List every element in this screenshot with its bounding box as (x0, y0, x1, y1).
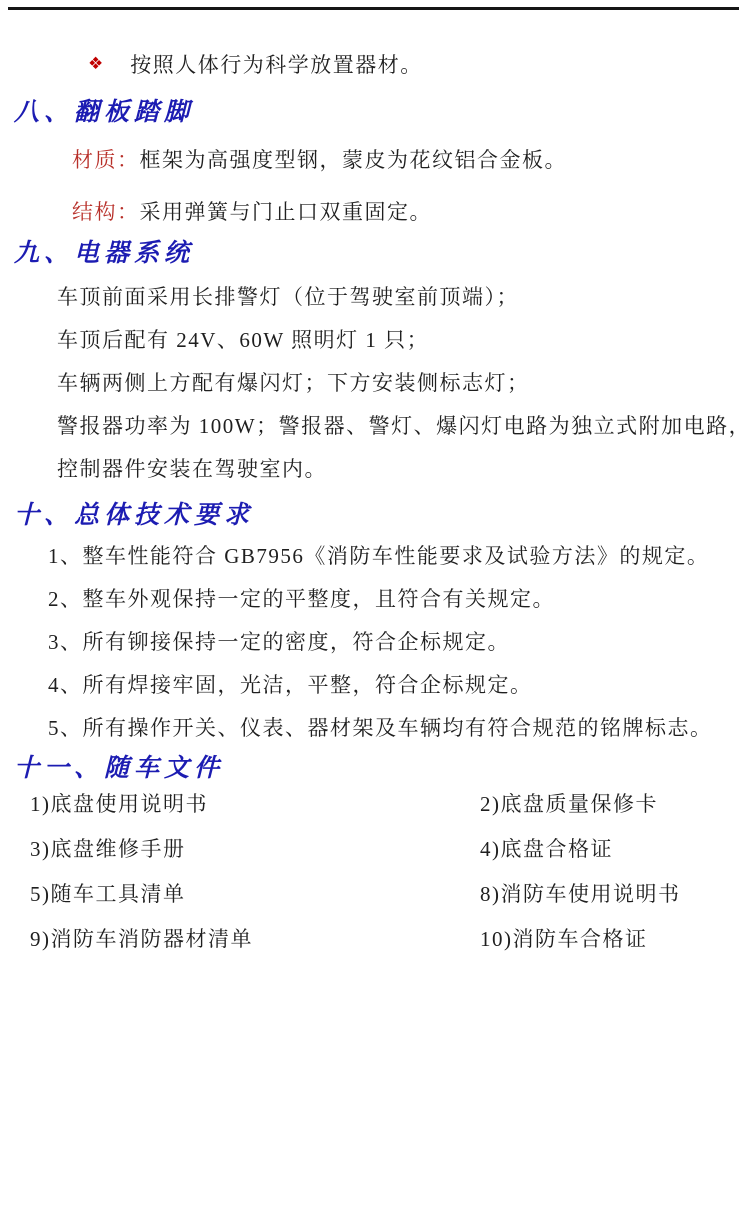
bullet-item-text: 按照人体行为科学放置器材。 (130, 49, 423, 79)
electrical-line: 警报器功率为 100W；警报器、警灯、爆闪灯电路为独立式附加电路， (57, 413, 750, 439)
spec-label-material: 材质： (72, 148, 140, 172)
document-item: 3)底盘维修手册 (30, 836, 186, 862)
page-border-top-rule (8, 7, 739, 10)
section-heading-overall-requirements: 十、总体技术要求 (14, 500, 254, 531)
document-item: 2)底盘质量保修卡 (480, 791, 658, 817)
spec-line-structure: 结构：采用弹簧与门止口双重固定。 (72, 199, 432, 225)
requirement-item: 5、所有操作开关、仪表、器材架及车辆均有符合规范的铭牌标志。 (48, 715, 713, 741)
bullet-item: ❖ 按照人体行为科学放置器材。 (88, 49, 423, 79)
document-item: 10)消防车合格证 (480, 926, 648, 952)
spec-text-material: 框架为高强度型钢，蒙皮为花纹铝合金板。 (140, 148, 568, 172)
document-item: 5)随车工具清单 (30, 881, 186, 907)
diamond-bullet-icon: ❖ (88, 53, 103, 75)
electrical-line: 车顶后配有 24V、60W 照明灯 1 只； (57, 327, 429, 353)
electrical-line: 车顶前面采用长排警灯（位于驾驶室前顶端）； (57, 284, 519, 310)
section-heading-flip-step: 八、翻板踏脚 (14, 97, 194, 128)
spec-label-structure: 结构： (72, 200, 140, 224)
requirement-item: 1、整车性能符合 GB7956《消防车性能要求及试验方法》的规定。 (48, 543, 709, 569)
electrical-line: 车辆两侧上方配有爆闪灯；下方安装侧标志灯； (57, 370, 530, 396)
section-heading-electrical: 九、电器系统 (14, 238, 194, 269)
spec-line-material: 材质：框架为高强度型钢，蒙皮为花纹铝合金板。 (72, 147, 567, 173)
requirement-item: 4、所有焊接牢固，光洁，平整，符合企标规定。 (48, 672, 533, 698)
document-item: 9)消防车消防器材清单 (30, 926, 253, 952)
electrical-line: 控制器件安装在驾驶室内。 (57, 456, 327, 482)
document-item: 4)底盘合格证 (480, 836, 613, 862)
requirement-item: 2、整车外观保持一定的平整度，且符合有关规定。 (48, 586, 555, 612)
requirement-item: 3、所有铆接保持一定的密度，符合企标规定。 (48, 629, 510, 655)
spec-text-structure: 采用弹簧与门止口双重固定。 (140, 200, 433, 224)
document-item: 1)底盘使用说明书 (30, 791, 208, 817)
section-heading-documents: 十一、随车文件 (14, 753, 224, 784)
document-page: ❖ 按照人体行为科学放置器材。 八、翻板踏脚 材质：框架为高强度型钢，蒙皮为花纹… (0, 0, 750, 1220)
document-item: 8)消防车使用说明书 (480, 881, 681, 907)
